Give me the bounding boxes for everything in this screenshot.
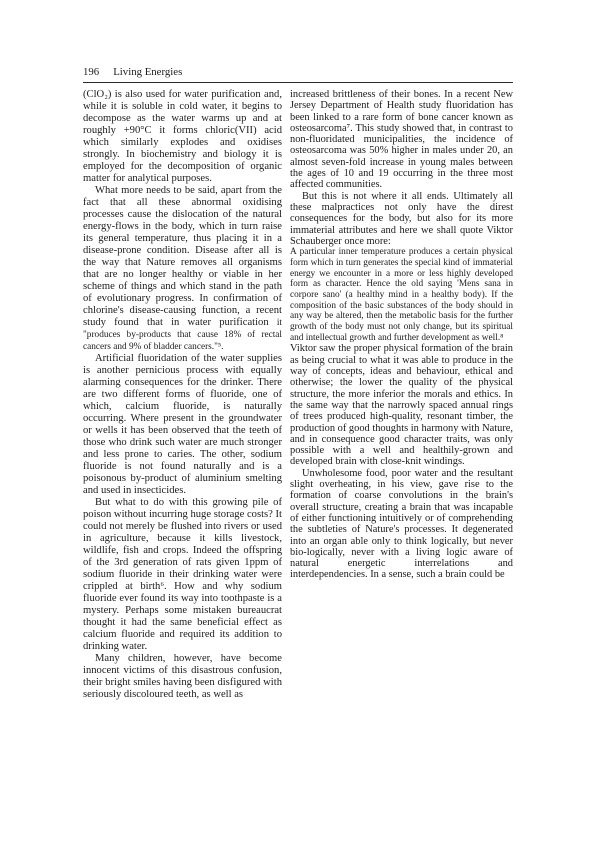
book-page: 196Living Energies (ClO₂) is also used f… bbox=[0, 0, 595, 842]
page-content: 196Living Energies (ClO₂) is also used f… bbox=[83, 66, 513, 701]
paragraph: Unwholesome food, poor water and the res… bbox=[290, 468, 513, 581]
paragraph: But what to do with this growing pile of… bbox=[83, 497, 282, 653]
paragraph: increased brittleness of their bones. In… bbox=[290, 89, 513, 191]
paragraph: What more needs to be said, apart from t… bbox=[83, 185, 282, 353]
text-columns: (ClO₂) is also used for water purificati… bbox=[83, 89, 513, 701]
block-quote: A particular inner temperature produces … bbox=[290, 247, 513, 343]
paragraph: Many children, however, have become inno… bbox=[83, 653, 282, 701]
book-title: Living Energies bbox=[113, 66, 182, 78]
paragraph-text: What more needs to be said, apart from t… bbox=[83, 185, 282, 328]
running-header: 196Living Energies bbox=[83, 66, 513, 83]
paragraph: But this is not where it all ends. Ultim… bbox=[290, 191, 513, 247]
paragraph: Artificial fluoridation of the water sup… bbox=[83, 353, 282, 497]
paragraph: Viktor saw the proper physical formation… bbox=[290, 343, 513, 467]
page-number: 196 bbox=[83, 66, 99, 79]
left-column: (ClO₂) is also used for water purificati… bbox=[83, 89, 282, 701]
paragraph: (ClO₂) is also used for water purificati… bbox=[83, 89, 282, 185]
right-column: increased brittleness of their bones. In… bbox=[290, 89, 513, 581]
